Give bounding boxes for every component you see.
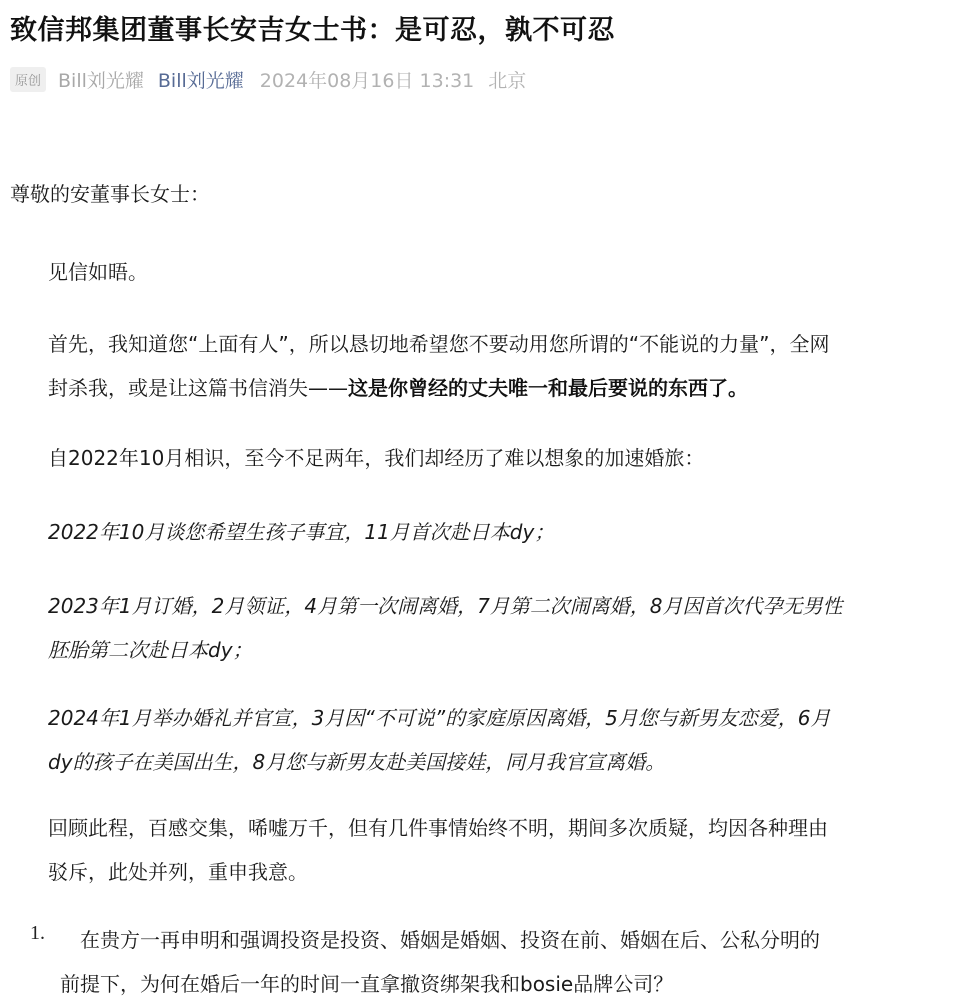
timeline-line: 2023年1月订婚，2月领证，4月第一次闹离婚，7月第二次闹离婚，8月因首次代孕…	[48, 584, 843, 628]
paragraph-3: 回顾此程，百感交集，唏嘘万千，但有几件事情始终不明，期间多次质疑，均因各种理由 …	[48, 806, 828, 894]
paragraph-1-line-2: 封杀我，或是让这篇书信消失——这是你曾经的丈夫唯一和最后要说的东西了。	[48, 366, 829, 410]
greeting: 见信如晤。	[48, 250, 148, 294]
timeline-line: 胚胎第二次赴日本dy；	[48, 628, 843, 672]
publish-location: 北京	[488, 66, 526, 93]
paragraph-2: 自2022年10月相识，至今不足两年，我们却经历了难以想象的加速婚旅：	[48, 436, 704, 480]
paragraph-3-line-2: 驳斥，此处并列，重申我意。	[48, 850, 828, 894]
paragraph-1-plain: 封杀我，或是让这篇书信消失——	[48, 376, 348, 400]
paragraph-1-line-1: 首先，我知道您“上面有人”，所以恳切地希望您不要动用您所谓的“不能说的力量”，全…	[48, 322, 829, 366]
timeline-line: 2024年1月举办婚礼并官宣，3月因“不可说”的家庭原因离婚，5月您与新男友恋爱…	[48, 696, 831, 740]
timeline-item-1: 2022年10月谈您希望生孩子事宜，11月首次赴日本dy；	[48, 510, 554, 554]
account-link[interactable]: Bill刘光耀	[158, 66, 244, 93]
paragraph-1: 首先，我知道您“上面有人”，所以恳切地希望您不要动用您所谓的“不能说的力量”，全…	[48, 322, 829, 410]
original-badge: 原创	[10, 67, 46, 92]
salutation: 尊敬的安董事长女士：	[10, 172, 210, 216]
article-meta: 原创 Bill刘光耀 Bill刘光耀 2024年08月16日 13:31 北京	[10, 66, 526, 93]
timeline-item-3: 2024年1月举办婚礼并官宣，3月因“不可说”的家庭原因离婚，5月您与新男友恋爱…	[48, 696, 831, 784]
list-item-1-line-1: 在贵方一再申明和强调投资是投资、婚姻是婚姻、投资在前、婚姻在后、公私分明的	[80, 918, 820, 962]
paragraph-3-line-1: 回顾此程，百感交集，唏嘘万千，但有几件事情始终不明，期间多次质疑，均因各种理由	[48, 806, 828, 850]
timeline-line: 2022年10月谈您希望生孩子事宜，11月首次赴日本dy；	[48, 510, 554, 554]
list-item-number: 1.	[30, 922, 45, 945]
list-item-1-line-2: 前提下，为何在婚后一年的时间一直拿撤资绑架我和bosie品牌公司？	[60, 962, 673, 1000]
timeline-line: dy的孩子在美国出生，8月您与新男友赴美国接娃，同月我官宣离婚。	[48, 740, 831, 784]
article-title: 致信邦集团董事长安吉女士书：是可忍，孰不可忍	[10, 8, 615, 47]
author-name: Bill刘光耀	[58, 66, 144, 93]
paragraph-1-bold: 这是你曾经的丈夫唯一和最后要说的东西了。	[348, 376, 748, 400]
timeline-item-2: 2023年1月订婚，2月领证，4月第一次闹离婚，7月第二次闹离婚，8月因首次代孕…	[48, 584, 843, 672]
publish-datetime: 2024年08月16日 13:31	[260, 66, 475, 93]
